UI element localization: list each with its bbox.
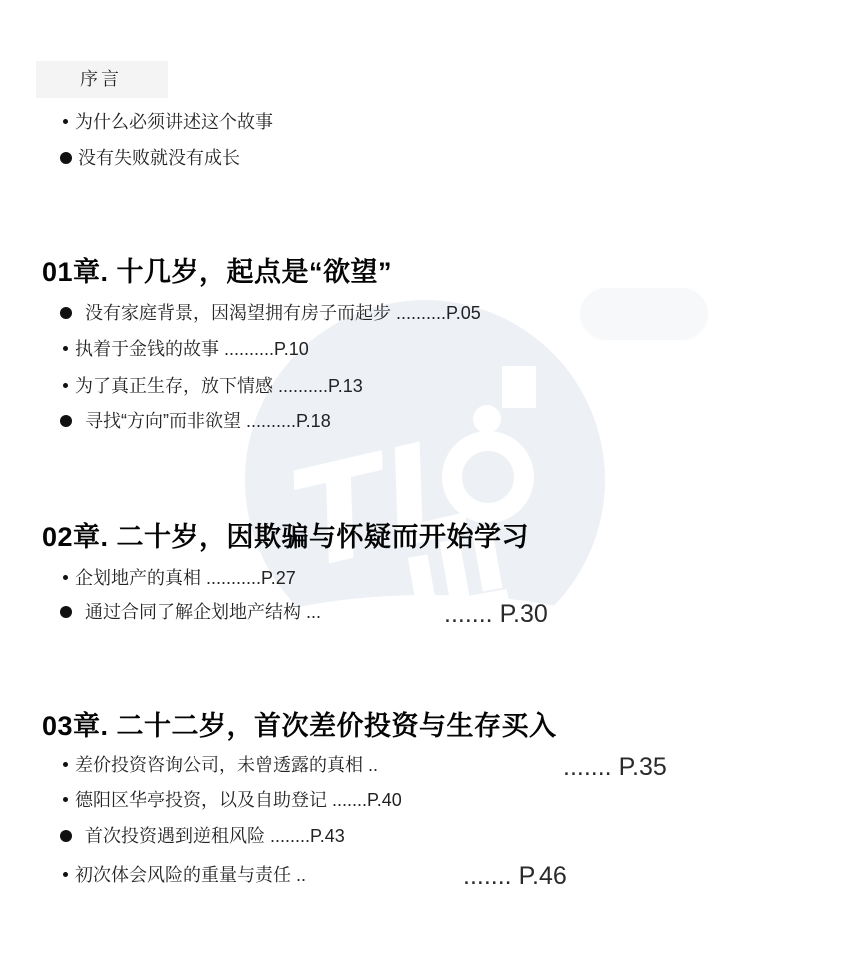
bullet-dot-icon (60, 830, 72, 842)
toc-item-text: 没有失败就没有成长 (78, 147, 240, 169)
toc-row: 德阳区华亭投资，以及自助登记 .......P.40 (0, 789, 860, 815)
bullet-dot-icon (63, 346, 68, 351)
toc-row: 没有失败就没有成长 (0, 147, 860, 173)
toc-row: 通过合同了解企划地产结构 ... ....... P.30 (0, 601, 860, 627)
bullet-dot-icon (63, 119, 68, 124)
toc-row: 为了真正生存，放下情感 ..........P.13 (0, 375, 860, 401)
chapter-01-heading: 01章. 十几岁，起点是“欲望” (42, 255, 392, 289)
toc-row: 企划地产的真相 ...........P.27 (0, 567, 860, 593)
toc-item-text: 首次投资遇到逆租风险 ........P.43 (85, 825, 345, 847)
toc-item-text: 德阳区华亭投资，以及自助登记 .......P.40 (75, 789, 402, 811)
page-number-right: ....... P.30 (444, 600, 548, 628)
toc-row: 执着于金钱的故事 ..........P.10 (0, 338, 860, 364)
preface-title-box: 序言 (36, 61, 168, 98)
bullet-dot-icon (63, 797, 68, 802)
toc-item-text: 没有家庭背景，因渴望拥有房子而起步 ..........P.05 (85, 302, 481, 324)
bullet-dot-icon (60, 152, 72, 164)
toc-item-text: 执着于金钱的故事 ..........P.10 (75, 338, 309, 360)
bullet-dot-icon (63, 575, 68, 580)
bullet-dot-icon (63, 383, 68, 388)
toc-item-text: 为了真正生存，放下情感 ..........P.13 (75, 375, 363, 397)
toc-item-text: 通过合同了解企划地产结构 ... (85, 601, 321, 623)
toc-row: 寻找“方向”而非欲望 ..........P.18 (0, 410, 860, 436)
page-number-right: ....... P.46 (463, 862, 567, 890)
toc-item-text: 企划地产的真相 ...........P.27 (75, 567, 296, 589)
bullet-dot-icon (63, 762, 68, 767)
bullet-dot-icon (60, 606, 72, 618)
bullet-dot-icon (63, 872, 68, 877)
toc-page: TL 序言 为什么必须讲述这个故事 没有失败就没有成长 01章. 十几岁，起点是… (0, 0, 860, 963)
toc-item-text: 差价投资咨询公司，未曾透露的真相 .. (75, 754, 378, 776)
bullet-dot-icon (60, 415, 72, 427)
toc-row: 为什么必须讲述这个故事 (0, 111, 860, 137)
toc-item-text: 寻找“方向”而非欲望 ..........P.18 (85, 410, 331, 432)
toc-row: 没有家庭背景，因渴望拥有房子而起步 ..........P.05 (0, 302, 860, 328)
preface-title: 序言 (80, 61, 122, 98)
toc-row: 初次体会风险的重量与责任 .. ....... P.46 (0, 864, 860, 890)
toc-item-text: 初次体会风险的重量与责任 .. (75, 864, 306, 886)
toc-row: 差价投资咨询公司，未曾透露的真相 .. ....... P.35 (0, 754, 860, 780)
toc-row: 首次投资遇到逆租风险 ........P.43 (0, 825, 860, 851)
bullet-dot-icon (60, 307, 72, 319)
page-number-right: ....... P.35 (563, 753, 667, 781)
chapter-03-heading: 03章. 二十二岁，首次差价投资与生存买入 (42, 709, 557, 743)
chapter-02-heading: 02章. 二十岁，因欺骗与怀疑而开始学习 (42, 520, 529, 554)
toc-item-text: 为什么必须讲述这个故事 (75, 111, 273, 133)
